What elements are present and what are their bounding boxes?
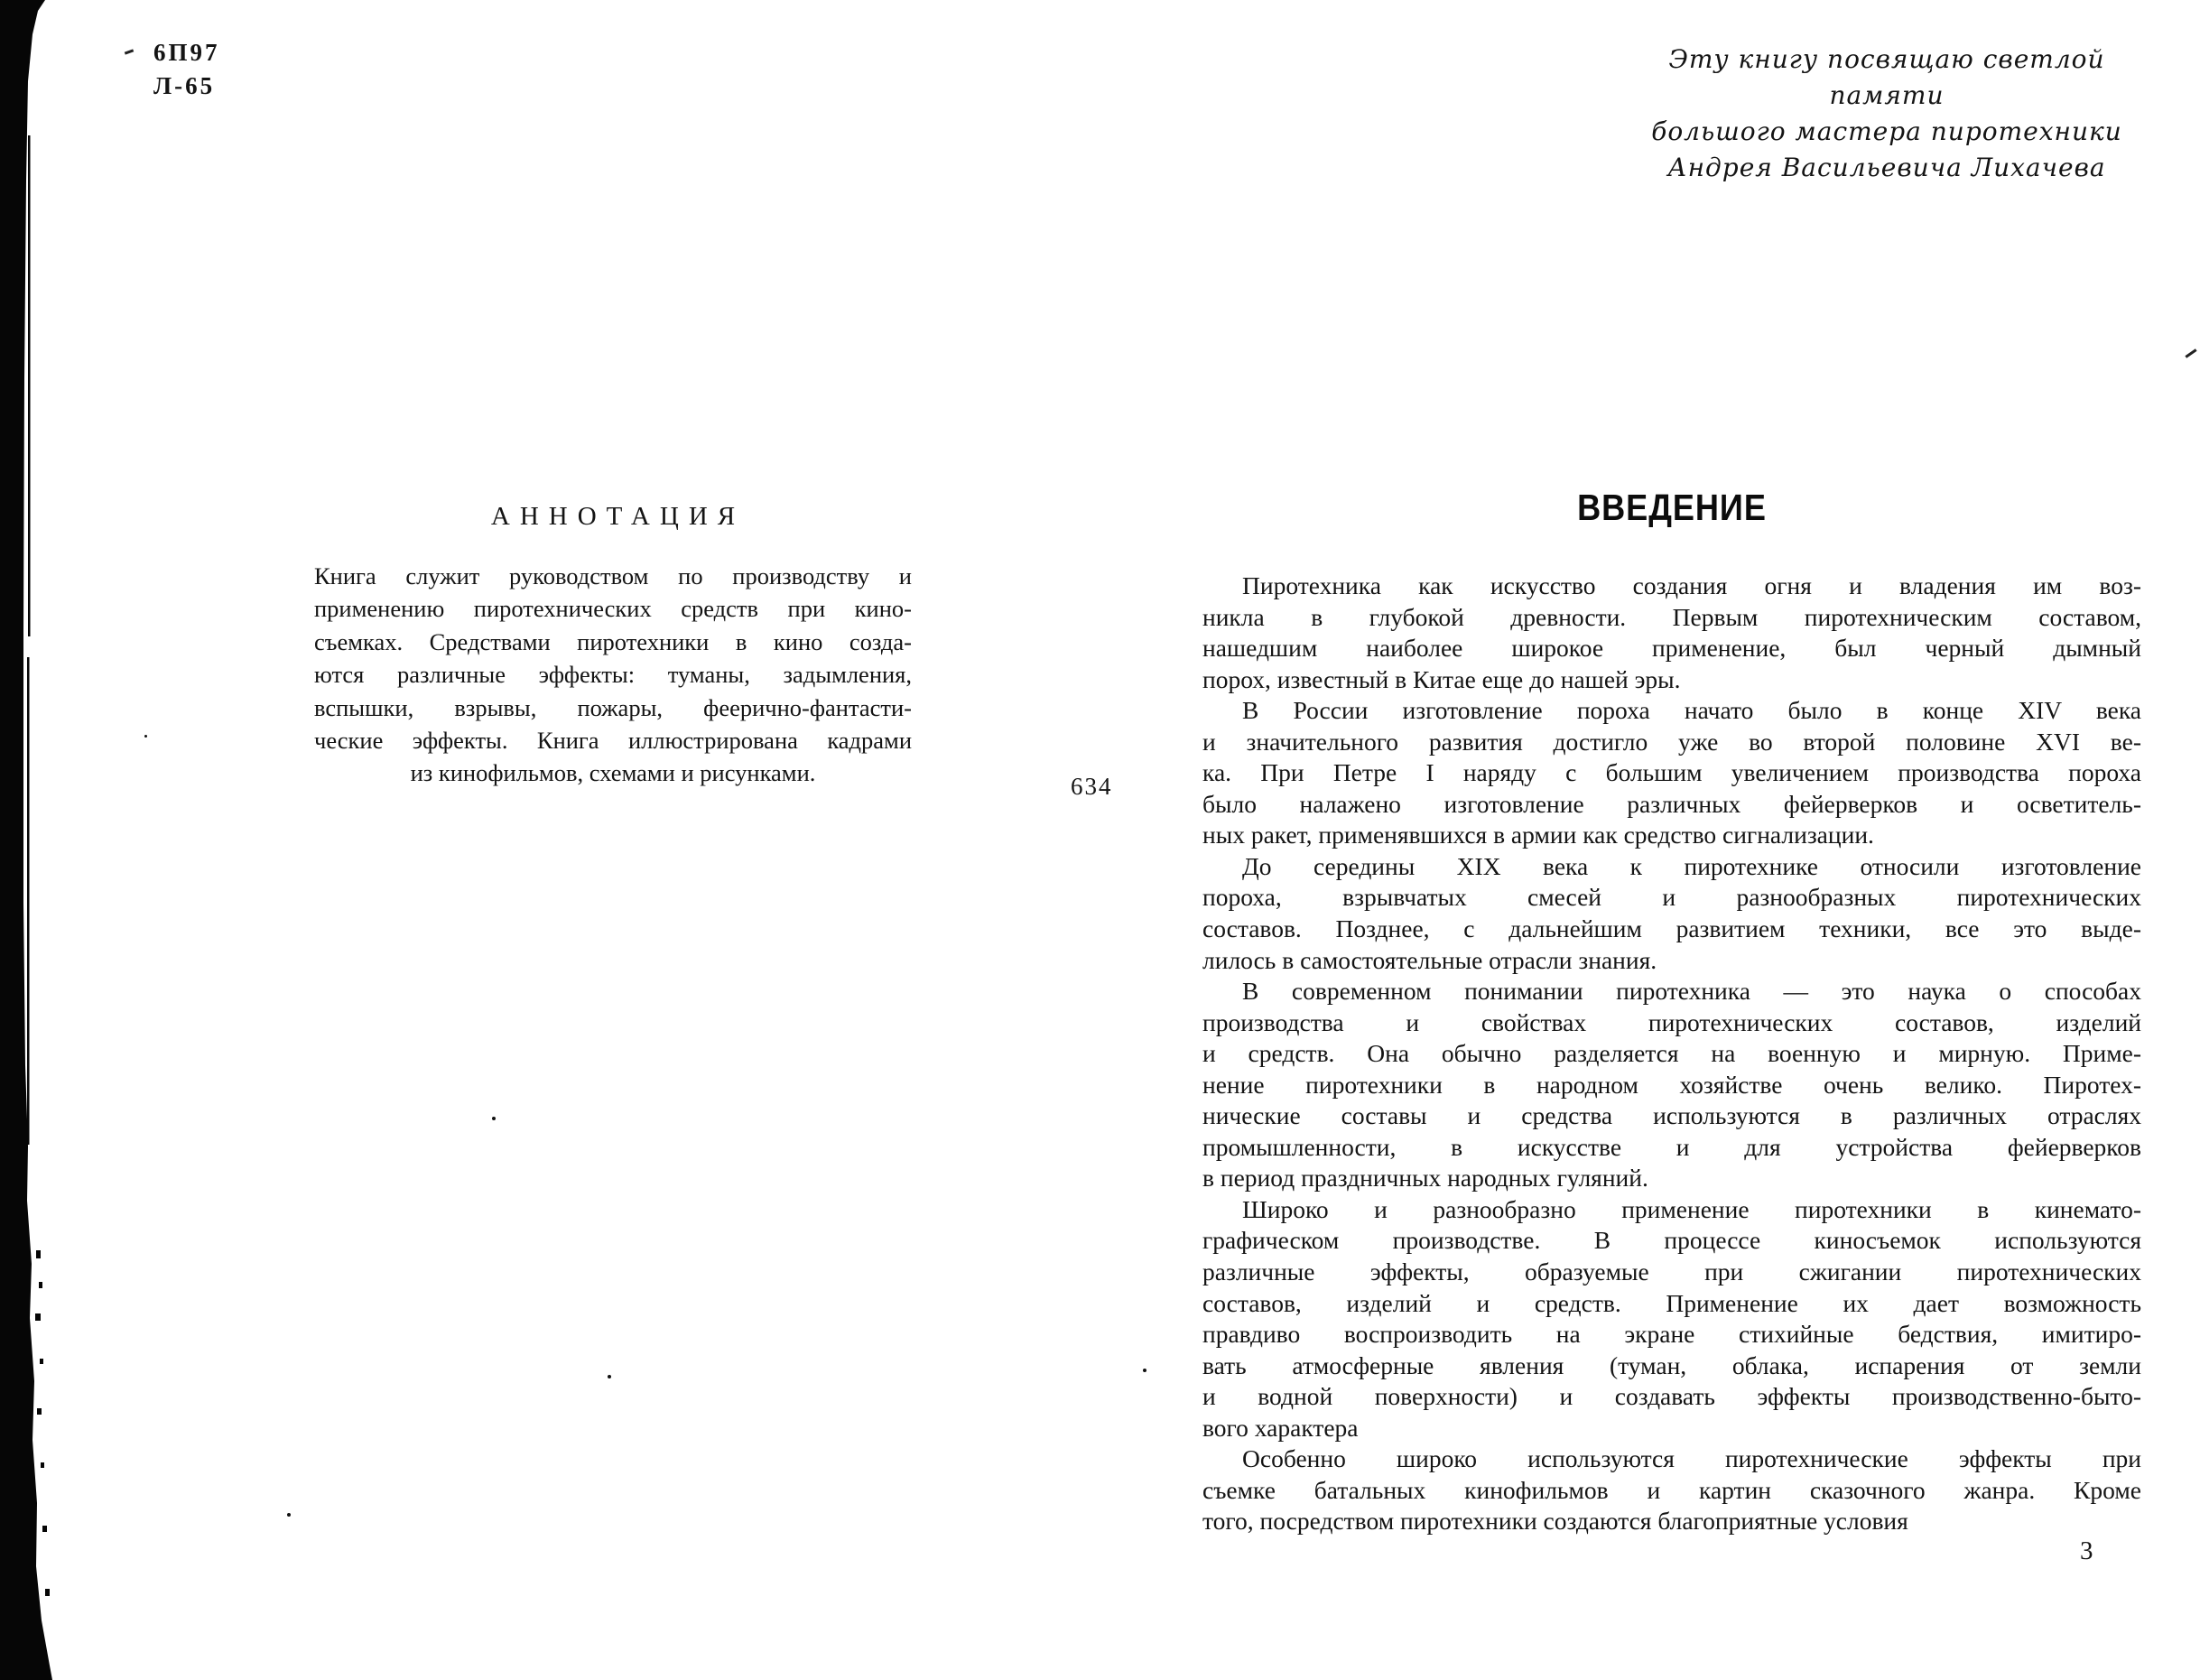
- text-line: из кинофильмов, схемами и рисунками.: [314, 756, 912, 789]
- text-line: в период праздничных народных гуляний.: [1202, 1163, 2141, 1194]
- text-line: нение пиротехники в народном хозяйстве о…: [1202, 1070, 2141, 1101]
- text-line: вого характера: [1202, 1413, 2141, 1444]
- text-line: ных ракет, применявшихся в армии как сре…: [1202, 820, 2141, 851]
- text-line: Пиротехника как искусство создания огня …: [1202, 571, 2141, 602]
- text-line: порох, известный в Китае еще до нашей эр…: [1202, 664, 2141, 696]
- paragraph: Пиротехника как искусство создания огня …: [1202, 571, 2141, 695]
- paragraph: В современном понимании пиротехника — эт…: [1202, 976, 2141, 1194]
- introduction-heading: ВВЕДЕНИЕ: [1226, 487, 2118, 529]
- text-line: Особенно широко используются пиротехниче…: [1202, 1443, 2141, 1475]
- catalog-code-line1: 6П97: [153, 36, 220, 70]
- scan-speck: [492, 1117, 496, 1120]
- scan-tick: [125, 49, 134, 54]
- scan-speck: [287, 1513, 291, 1517]
- book-scan-spread: 6П97 Л-65 АННОТАЦИЯ Книга служит руковод…: [0, 0, 2200, 1680]
- text-line: Широко и разнообразно применение пиротех…: [1202, 1194, 2141, 1226]
- scan-speck: [608, 1375, 611, 1378]
- text-line: Книга служит руководством по производств…: [314, 560, 912, 592]
- text-line: ческие эффекты. Книга иллюстрирована кад…: [314, 724, 912, 756]
- scan-speck: [1143, 1369, 1146, 1372]
- text-line: вать атмосферные явления (туман, облака,…: [1202, 1350, 2141, 1382]
- text-line: Эту книгу посвящаю светлой памяти: [1625, 42, 2149, 114]
- dedication: Эту книгу посвящаю светлой памятибольшог…: [1625, 42, 2149, 186]
- text-line: В России изготовление пороха начато было…: [1202, 695, 2141, 727]
- text-line: было налажено изготовление различных фей…: [1202, 789, 2141, 821]
- text-line: правдиво воспроизводить на экране стихий…: [1202, 1319, 2141, 1350]
- text-line: нашедшим наиболее широкое применение, бы…: [1202, 633, 2141, 664]
- scan-speck: [144, 735, 147, 738]
- text-line: Андрея Васильевича Лихачева: [1625, 150, 2149, 186]
- paragraph: До середины XIX века к пиротехнике относ…: [1202, 851, 2141, 976]
- text-line: промышленности, в искусстве и для устрой…: [1202, 1132, 2141, 1164]
- text-line: В современном понимании пиротехника — эт…: [1202, 976, 2141, 1007]
- text-line: съемках. Средствами пиротехники в кино с…: [314, 626, 912, 658]
- paragraph: Особенно широко используются пиротехниче…: [1202, 1443, 2141, 1537]
- text-line: различные эффекты, образуемые при сжиган…: [1202, 1257, 2141, 1288]
- text-line: составов, изделий и средств. Применение …: [1202, 1288, 2141, 1320]
- text-line: никла в глубокой древности. Первым пирот…: [1202, 602, 2141, 634]
- text-line: большого мастера пиротехники: [1625, 114, 2149, 150]
- text-line: и водной поверхности) и создавать эффект…: [1202, 1381, 2141, 1413]
- scan-artifact-band: [0, 0, 63, 1680]
- text-line: и значительного развития достигло уже во…: [1202, 727, 2141, 758]
- text-line: ка. При Петре I наряду с большим увеличе…: [1202, 757, 2141, 789]
- margin-number: 634: [1071, 773, 1113, 801]
- text-line: съемке батальных кинофильмов и картин ск…: [1202, 1475, 2141, 1507]
- text-line: лилось в самостоятельные отрасли знания.: [1202, 945, 2141, 977]
- text-line: ются различные эффекты: туманы, задымлен…: [314, 658, 912, 691]
- text-line: нические составы и средства используются…: [1202, 1100, 2141, 1132]
- text-line: того, посредством пиротехники создаются …: [1202, 1506, 2141, 1537]
- paragraph: Широко и разнообразно применение пиротех…: [1202, 1194, 2141, 1443]
- scan-tick: [2185, 348, 2196, 357]
- introduction-body: Пиротехника как искусство создания огня …: [1202, 571, 2141, 1537]
- text-line: До середины XIX века к пиротехнике относ…: [1202, 851, 2141, 883]
- text-line: графическом производстве. В процессе кин…: [1202, 1225, 2141, 1257]
- annotation-paragraph: Книга служит руководством по производств…: [314, 560, 912, 790]
- page-number: 3: [2080, 1536, 2093, 1566]
- paragraph: В России изготовление пороха начато было…: [1202, 695, 2141, 851]
- text-line: применению пиротехнических средств при к…: [314, 592, 912, 625]
- text-line: и средств. Она обычно разделяется на вое…: [1202, 1038, 2141, 1070]
- catalog-code: 6П97 Л-65: [153, 36, 220, 103]
- text-line: пороха, взрывчатых смесей и разнообразны…: [1202, 882, 2141, 914]
- text-line: составов. Позднее, с дальнейшим развитие…: [1202, 914, 2141, 945]
- text-line: вспышки, взрывы, пожары, феерично-фантас…: [314, 691, 912, 724]
- annotation-heading: АННОТАЦИЯ: [314, 502, 912, 532]
- text-line: производства и свойствах пиротехнических…: [1202, 1007, 2141, 1039]
- catalog-code-line2: Л-65: [153, 70, 220, 103]
